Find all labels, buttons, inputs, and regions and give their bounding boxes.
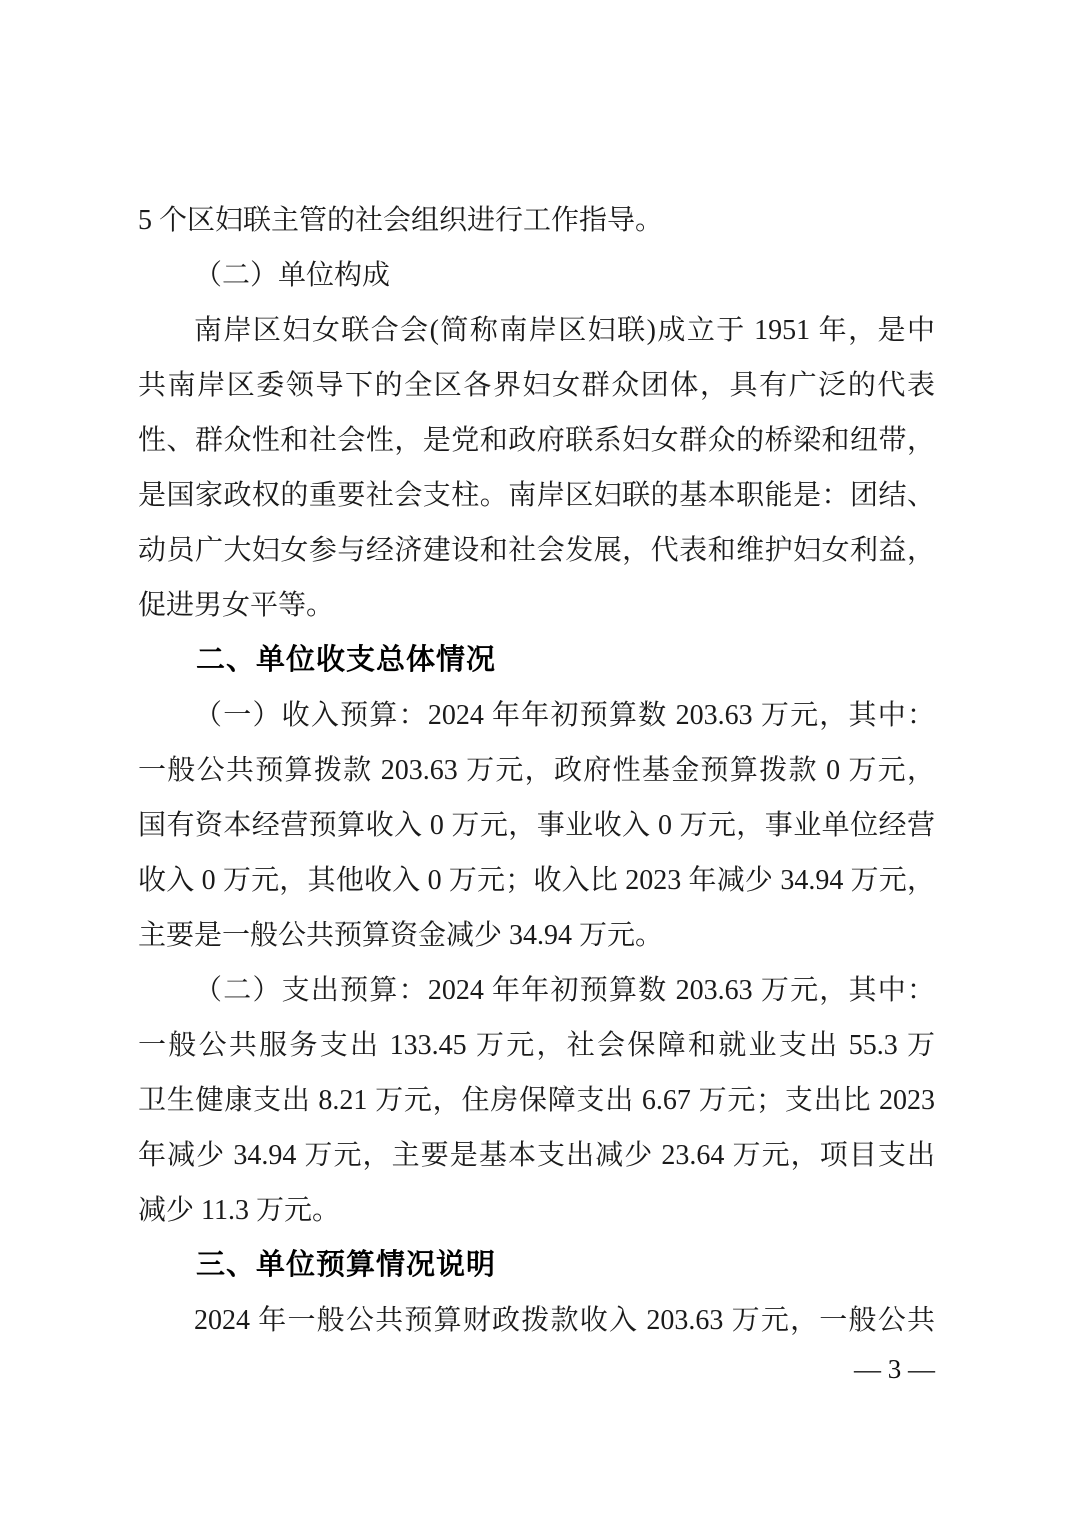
text-line: 主要是一般公共预算资金减少 34.94 万元。 [138,908,935,963]
text-line: 2024 年一般公共预算财政拨款收入 203.63 万元，一般公共 [138,1293,935,1348]
text-line: 是国家政权的重要社会支柱。南岸区妇联的基本职能是：团结、 [138,468,935,523]
text-line: 年减少 34.94 万元，主要是基本支出减少 23.64 万元，项目支出 [138,1128,935,1183]
text-line: 国有资本经营预算收入 0 万元，事业收入 0 万元，事业单位经营 [138,798,935,853]
text-line: （二）支出预算：2024 年年初预算数 203.63 万元，其中： [138,963,935,1018]
text-line: 促进男女平等。 [138,578,935,633]
document-body: 5 个区妇联主管的社会组织进行工作指导。 （二）单位构成 南岸区妇女联合会(简称… [138,193,935,1348]
text-line: （一）收入预算：2024 年年初预算数 203.63 万元，其中： [138,688,935,743]
page-number: — 3 — [854,1352,935,1386]
text-line: 减少 11.3 万元。 [138,1183,935,1238]
text-line: 5 个区妇联主管的社会组织进行工作指导。 [138,193,935,248]
section-heading-3: 三、单位预算情况说明 [138,1238,935,1293]
document-page: 5 个区妇联主管的社会组织进行工作指导。 （二）单位构成 南岸区妇女联合会(简称… [0,0,1074,1520]
text-line: 一般公共服务支出 133.45 万元，社会保障和就业支出 55.3 万元， [138,1018,935,1073]
text-line: 收入 0 万元，其他收入 0 万元；收入比 2023 年减少 34.94 万元， [138,853,935,908]
text-line: 动员广大妇女参与经济建设和社会发展，代表和维护妇女利益， [138,523,935,578]
text-line: 南岸区妇女联合会(简称南岸区妇联)成立于 1951 年，是中 [138,303,935,358]
text-line: 性、群众性和社会性，是党和政府联系妇女群众的桥梁和纽带， [138,413,935,468]
section-heading-2: 二、单位收支总体情况 [138,633,935,688]
text-line: 卫生健康支出 8.21 万元，住房保障支出 6.67 万元；支出比 2023 [138,1073,935,1128]
text-line: 共南岸区委领导下的全区各界妇女群众团体，具有广泛的代表 [138,358,935,413]
subsection-heading: （二）单位构成 [138,248,935,303]
text-line: 一般公共预算拨款 203.63 万元，政府性基金预算拨款 0 万元， [138,743,935,798]
